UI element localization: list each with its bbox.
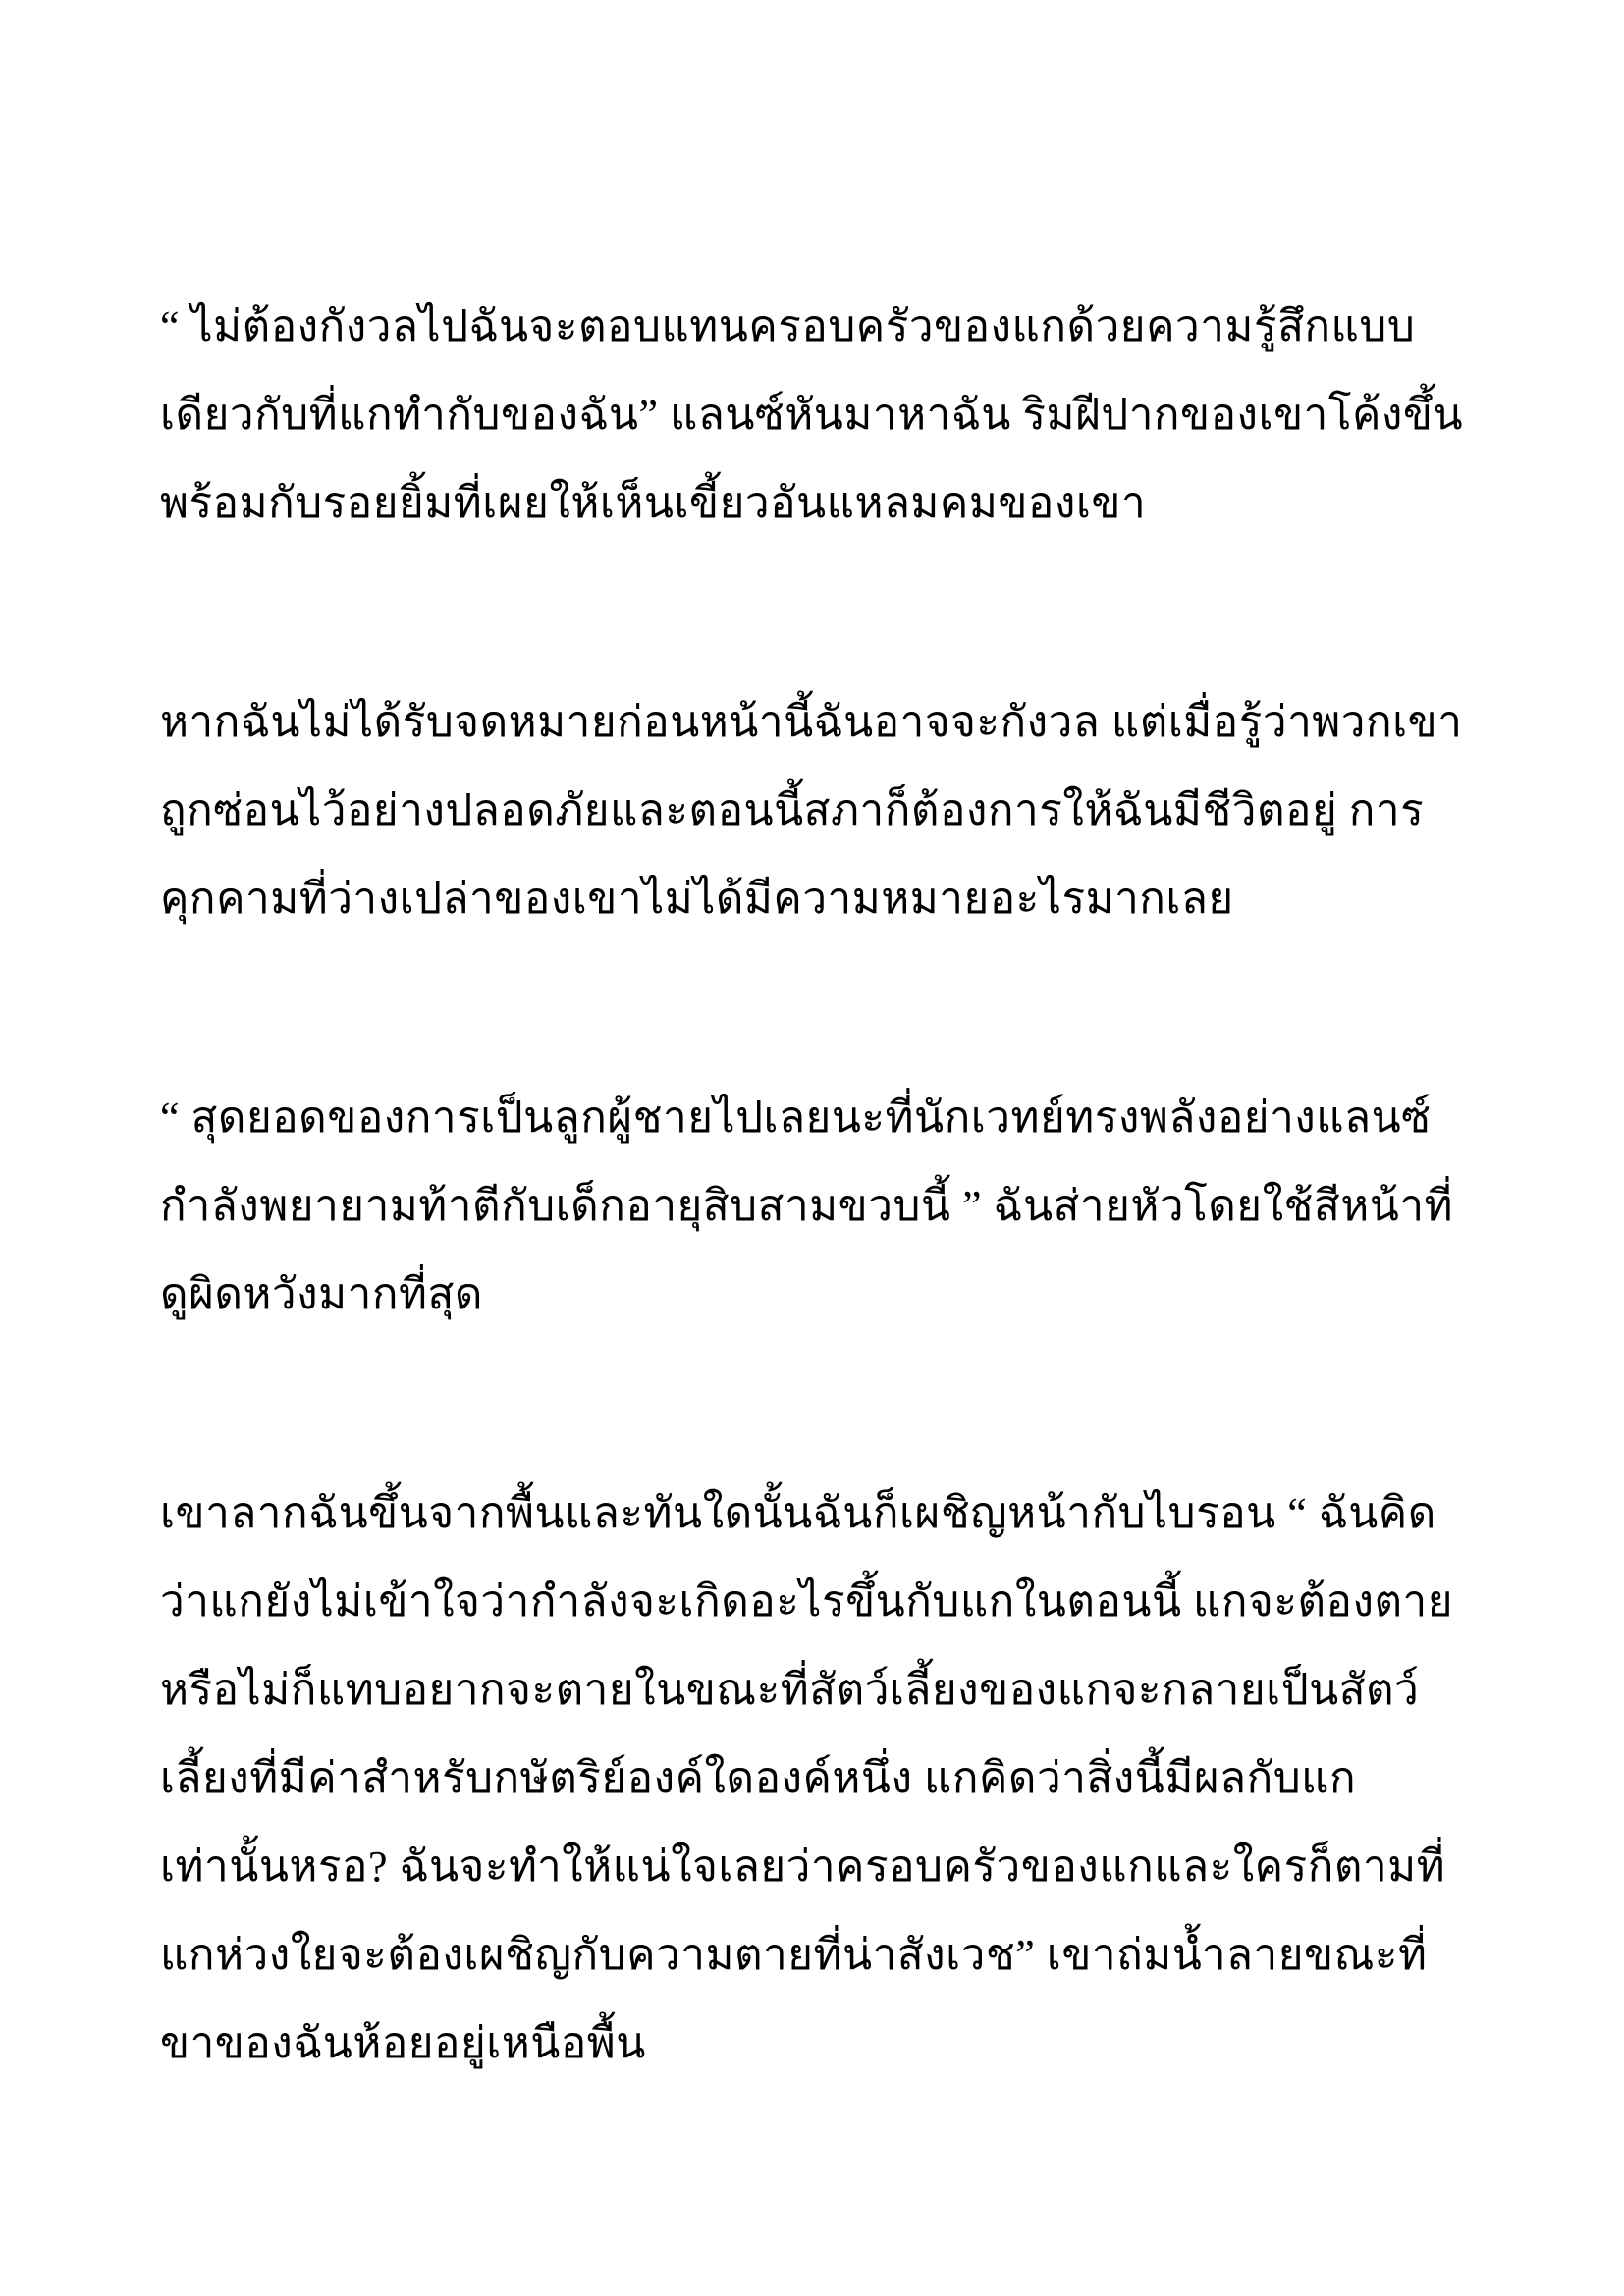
paragraph-4: เขาลากฉันขึ้นจากพื้นและทันใดนั้นฉันก็เผช… <box>160 1469 1467 2088</box>
paragraph-2: หากฉันไม่ได้รับจดหมายก่อนหน้านี้ฉันอาจจะ… <box>160 678 1467 943</box>
paragraph-3: “ สุดยอดของการเป็นลูกผู้ชายไปเลยนะที่นัก… <box>160 1074 1467 1339</box>
document-text-block: “ ไม่ต้องกังวลไปฉันจะตอบแทนครอบครัวของแก… <box>0 0 1624 2088</box>
paragraph-1: “ ไม่ต้องกังวลไปฉันจะตอบแทนครอบครัวของแก… <box>160 283 1467 548</box>
document-page: “ ไม่ต้องกังวลไปฉันจะตอบแทนครอบครัวของแก… <box>0 0 1624 2296</box>
